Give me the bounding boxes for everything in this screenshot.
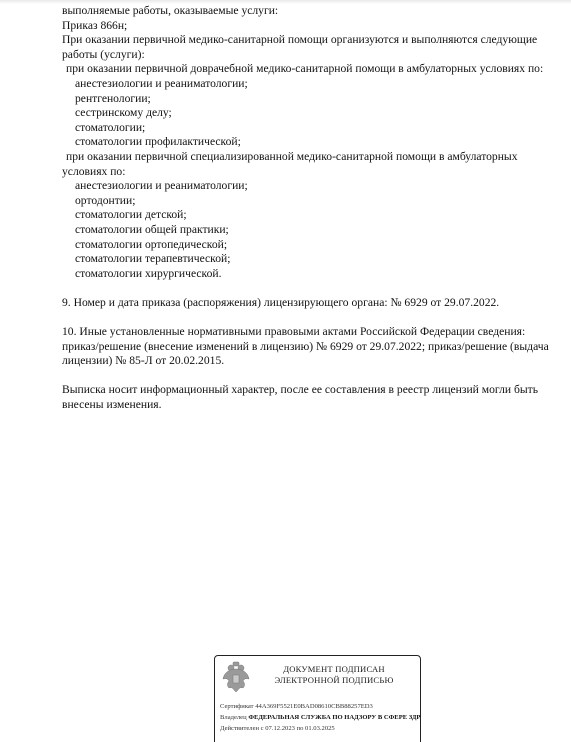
text-line: выполняемые работы, оказываемые услуги: — [62, 4, 562, 19]
stamp-title: ДОКУМЕНТ ПОДПИСАН ЭЛЕКТРОННОЙ ПОДПИСЬЮ — [259, 664, 409, 685]
owner-label: Владелец — [220, 714, 247, 721]
list-item: ортодонтии; — [62, 194, 562, 209]
list-item: рентгенологии; — [62, 92, 562, 107]
section-heading-specialized: при оказании первичной специализированно… — [62, 150, 562, 179]
list-item: стоматологии общей практики; — [62, 223, 562, 238]
list-item: сестринскому делу; — [62, 106, 562, 121]
section-heading-prehospital: при оказании первичной доврачебной медик… — [62, 62, 562, 77]
disclaimer: Выписка носит информационный характер, п… — [62, 383, 562, 412]
list-item: стоматологии; — [62, 121, 562, 136]
owner-value: ФЕДЕРАЛЬНАЯ СЛУЖБА ПО НАДЗОРУ В СФЕРЕ ЗД… — [248, 714, 421, 721]
item-10-other-info: 10. Иные установленные нормативными прав… — [62, 325, 562, 369]
item-9-order-number: 9. Номер и дата приказа (распоряжения) л… — [62, 296, 562, 311]
list-item: стоматологии ортопедической; — [62, 238, 562, 253]
stamp-title-line: ЭЛЕКТРОННОЙ ПОДПИСЬЮ — [259, 675, 409, 686]
owner-row: Владелец ФЕДЕРАЛЬНАЯ СЛУЖБА ПО НАДЗОРУ В… — [220, 714, 421, 722]
order-reference: Приказ 866н; — [62, 19, 562, 34]
coat-of-arms-icon — [221, 661, 251, 693]
validity-row: Действителен с 07.12.2023 по 01.03.2025 — [220, 725, 335, 733]
certificate-row: Сертификат 44A369F5521E0BAD08610CBB88257… — [220, 703, 373, 711]
services-intro: При оказании первичной медико-санитарной… — [62, 33, 562, 62]
electronic-signature-stamp: ДОКУМЕНТ ПОДПИСАН ЭЛЕКТРОННОЙ ПОДПИСЬЮ С… — [214, 655, 421, 742]
list-item: стоматологии терапевтической; — [62, 252, 562, 267]
spacer — [62, 281, 562, 296]
list-item: анестезиологии и реаниматологии; — [62, 77, 562, 92]
certificate-value: 44A369F5521E0BAD08610CBB88257ED3 — [255, 703, 373, 710]
certificate-label: Сертификат — [220, 703, 254, 710]
spacer — [62, 369, 562, 384]
list-item: стоматологии профилактической; — [62, 135, 562, 150]
spacer — [62, 310, 562, 325]
list-item: стоматологии детской; — [62, 208, 562, 223]
document-page: выполняемые работы, оказываемые услуги: … — [62, 4, 562, 413]
stamp-title-line: ДОКУМЕНТ ПОДПИСАН — [259, 664, 409, 675]
list-item: стоматологии хирургической. — [62, 267, 562, 282]
list-item: анестезиологии и реаниматологии; — [62, 179, 562, 194]
